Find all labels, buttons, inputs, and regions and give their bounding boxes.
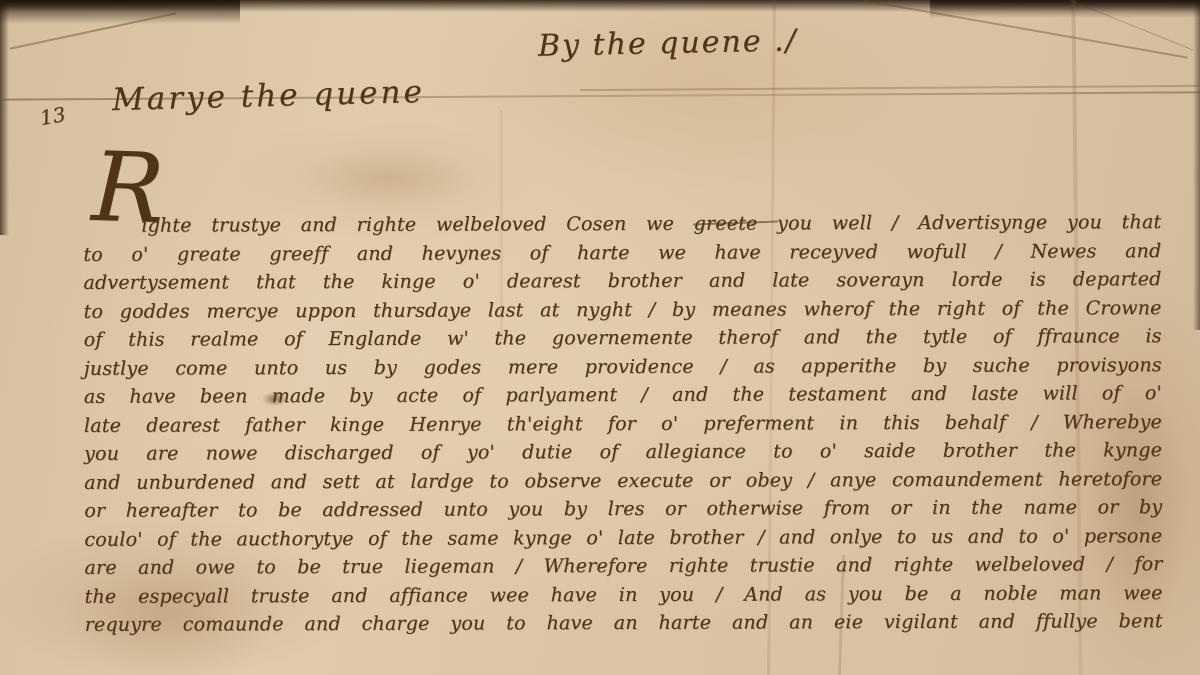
paper-edge-top xyxy=(0,0,1200,12)
horizontal-crease-faint xyxy=(580,85,1200,91)
paper-edge-top-left xyxy=(0,0,240,24)
manuscript-line: of this realme of Englande w' the govern… xyxy=(84,322,1162,354)
queen-signature: Marye the quene xyxy=(112,74,426,118)
paper-edge-right xyxy=(1193,0,1200,330)
manuscript-line: to goddes mercye uppon thursdaye last at… xyxy=(84,294,1162,326)
folio-number: 13 xyxy=(38,102,67,130)
scratch-mark xyxy=(862,0,1187,58)
manuscript-line: and unburdened and sett at lardge to obs… xyxy=(84,465,1162,497)
manuscript-line: justlye come unto us by godes mere provi… xyxy=(84,351,1162,383)
manuscript-line: or hereafter to be addressed unto you by… xyxy=(84,493,1162,525)
manuscript-scan: By the quene ./ 13 Marye the quene R igh… xyxy=(0,0,1200,675)
manuscript-line: advertysement that the kinge o' dearest … xyxy=(83,265,1161,297)
manuscript-line: the especyall truste and affiance wee ha… xyxy=(85,579,1163,611)
scratch-mark xyxy=(1017,0,1194,51)
manuscript-line: requyre comaunde and charge you to have … xyxy=(85,607,1163,639)
paper-edge-top-right xyxy=(930,0,1200,18)
manuscript-line: coulo' of the aucthorytye of the same ky… xyxy=(84,522,1162,554)
scratch-mark xyxy=(10,12,177,49)
manuscript-line: as have been made by acte of parlyament … xyxy=(84,379,1162,411)
manuscript-line: to o' greate greeff and hevynes of harte… xyxy=(83,237,1161,269)
manuscript-line: you are nowe discharged of yo' dutie of … xyxy=(84,436,1162,468)
paper-edge-left xyxy=(0,0,9,235)
paper-stain xyxy=(300,148,480,208)
letter-body: ighte trustye and righte welbeloved Cose… xyxy=(83,208,1162,639)
manuscript-line: ighte trustye and righte welbeloved Cose… xyxy=(83,208,1161,240)
manuscript-line: are and owe to be true liegeman / Wheref… xyxy=(84,550,1162,582)
docket-by-the-queen: By the quene ./ xyxy=(538,23,798,63)
manuscript-line: late dearest father kinge Henrye th'eigh… xyxy=(84,408,1162,440)
